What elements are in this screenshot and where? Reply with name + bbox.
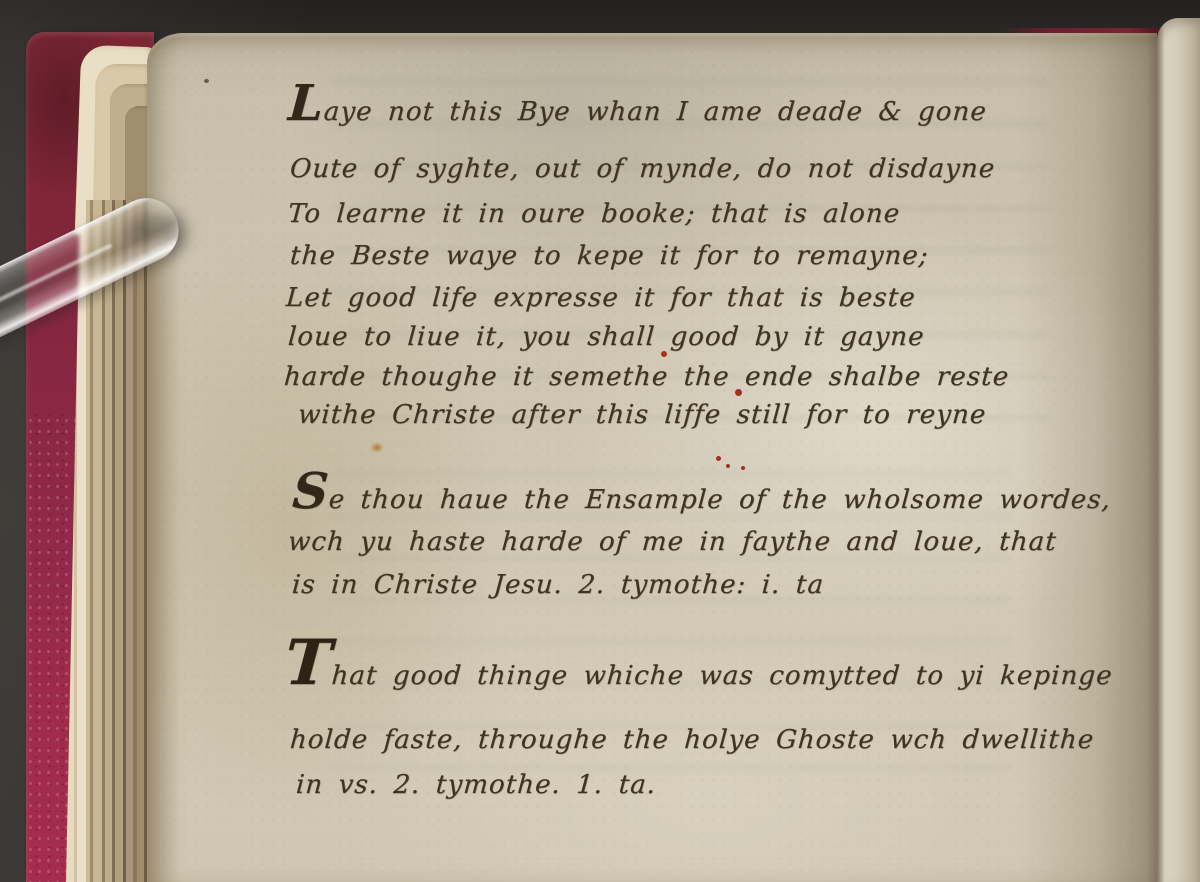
- manuscript-photo: Laye not this Bye whan I ame deade & gon…: [0, 0, 1200, 882]
- scripture2-line-1: That good thinge whiche was comytted to …: [283, 660, 1114, 693]
- scripture1-line-2: wch yu haste harde of me in faythe and l…: [287, 526, 1058, 559]
- verse-line-8: withe Christe after this liffe still for…: [297, 399, 988, 432]
- facing-page-curl: [1157, 18, 1200, 882]
- verse-line-6: loue to liue it, you shall good by it ga…: [287, 321, 926, 354]
- scripture1-line-3: is in Christe Jesu. 2. tymothe: i. ta: [291, 569, 825, 602]
- red-ink-speck: [716, 456, 721, 461]
- ink-fleck: [204, 79, 209, 83]
- verse-line-2: Oute of syghte, out of mynde, do not dis…: [289, 153, 997, 186]
- scripture2-line-3: in vs. 2. tymothe. 1. ta.: [295, 769, 658, 802]
- red-ink-speck: [726, 464, 730, 468]
- verse-line-1: Laye not this Bye whan I ame deade & gon…: [287, 96, 988, 129]
- rust-stain: [370, 442, 384, 453]
- red-ink-speck: [741, 466, 745, 470]
- verse-line-3: To learne it in oure booke; that is alon…: [287, 198, 902, 231]
- verse-line-5: Let good life expresse it for that is be…: [285, 282, 917, 315]
- scripture2-line-2: holde faste, throughe the holye Ghoste w…: [289, 724, 1096, 757]
- left-edge-stain: [147, 230, 181, 882]
- verse-line-4: the Beste waye to kepe it for to remayne…: [289, 240, 930, 273]
- scripture1-line-1: Se thou haue the Ensample of the wholsom…: [291, 484, 1112, 517]
- verse-line-7: harde thoughe it semethe the ende shalbe…: [283, 361, 1011, 394]
